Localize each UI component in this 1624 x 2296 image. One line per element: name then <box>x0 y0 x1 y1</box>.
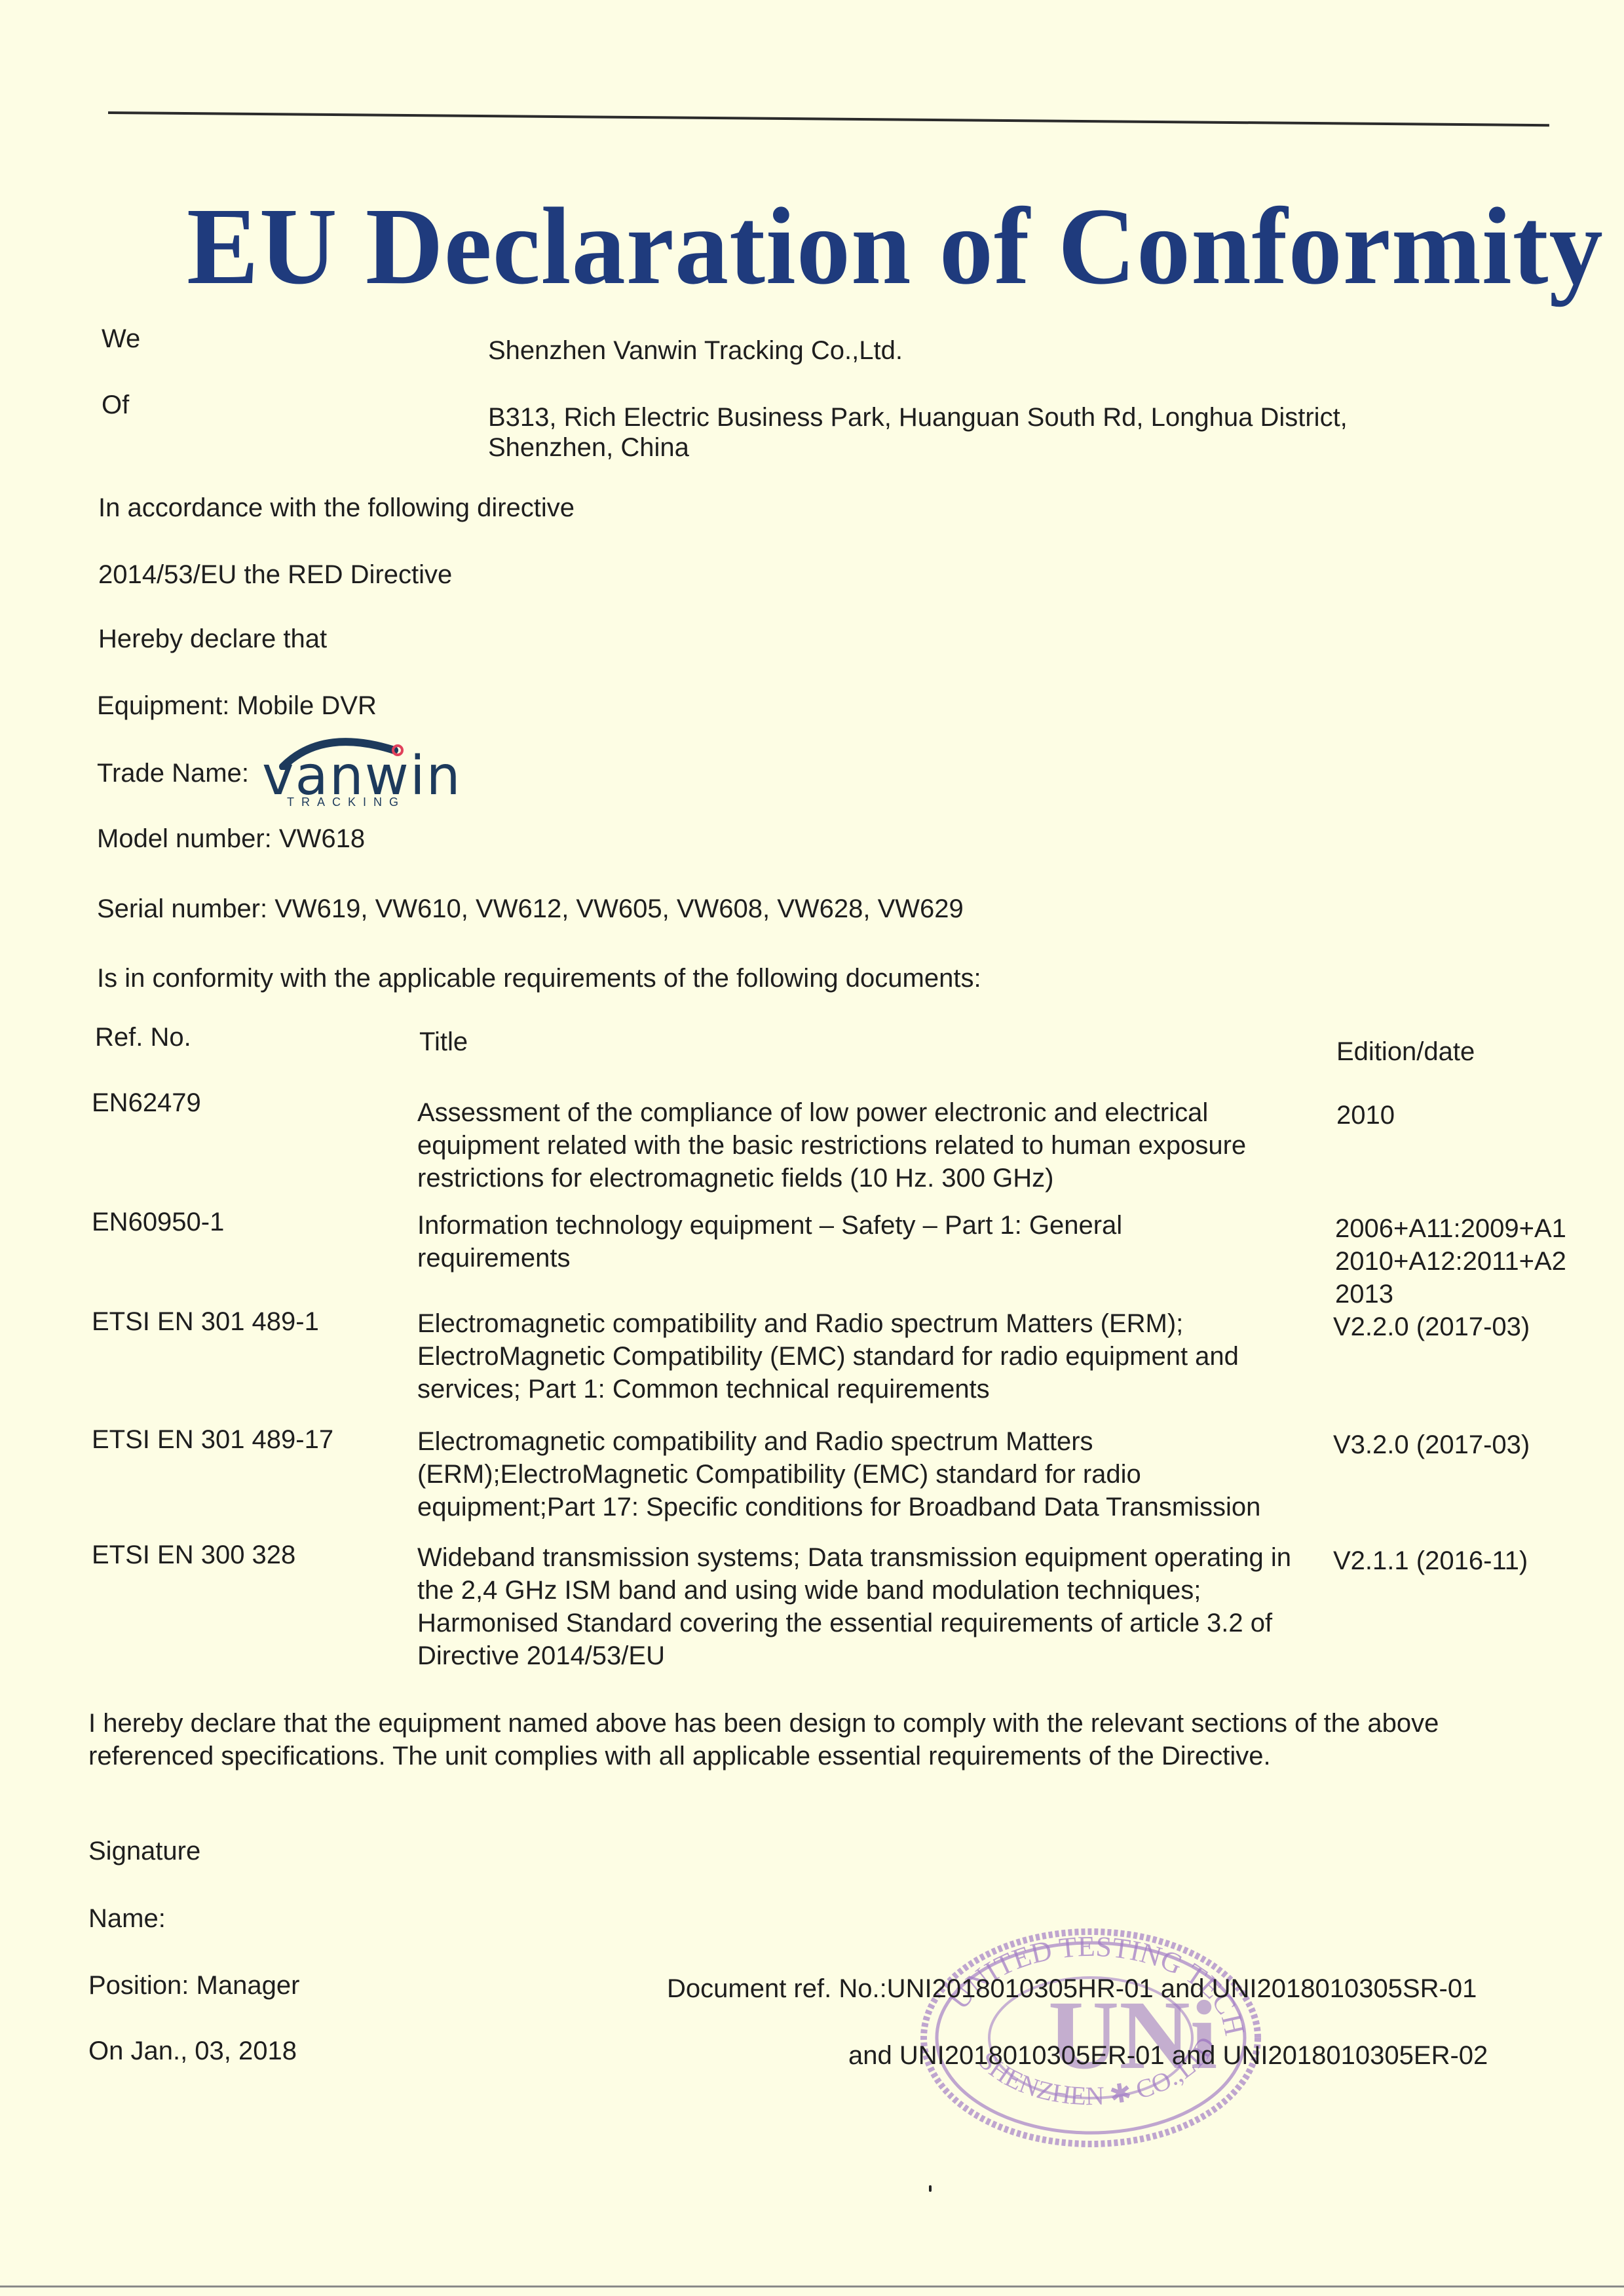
svg-text:SHENZHEN ✱ CO.,LTD.: SHENZHEN ✱ CO.,LTD. <box>917 1926 1221 2111</box>
company-name: Shenzhen Vanwin Tracking Co.,Ltd. <box>488 334 903 367</box>
position: Position: Manager <box>88 1969 299 2002</box>
row-edition: V2.2.0 (2017-03) <box>1333 1311 1530 1343</box>
row-ref: EN62479 <box>92 1086 201 1119</box>
declare-text: Hereby declare that <box>98 622 327 655</box>
row-title: Information technology equipment – Safet… <box>417 1209 1236 1274</box>
bottom-rule <box>0 2286 1624 2287</box>
logo-subtitle: TRACKING <box>287 795 406 809</box>
row-edition: V3.2.0 (2017-03) <box>1333 1428 1530 1461</box>
row-ref: ETSI EN 301 489-1 <box>92 1305 319 1338</box>
date: On Jan., 03, 2018 <box>88 2035 297 2067</box>
declaration-statement: I hereby declare that the equipment name… <box>88 1707 1549 1772</box>
directive-intro: In accordance with the following directi… <box>98 491 575 524</box>
row-edition: 2010 <box>1336 1099 1395 1132</box>
directive: 2014/53/EU the RED Directive <box>98 558 452 591</box>
row-edition: V2.1.1 (2016-11) <box>1333 1544 1528 1577</box>
header-ref: Ref. No. <box>95 1021 191 1054</box>
scan-speck <box>929 2185 932 2192</box>
document-ref-line-2: and UNI2018010305ER-01 and UNI2018010305… <box>848 2039 1488 2072</box>
row-edition: 2006+A11:2009+A1 2010+A12:2011+A2 2013 <box>1335 1212 1610 1311</box>
row-title: Assessment of the compliance of low powe… <box>417 1096 1308 1195</box>
serial-number: Serial number: VW619, VW610, VW612, VW60… <box>97 892 964 925</box>
we-label: We <box>102 322 140 355</box>
trade-name-label: Trade Name: <box>97 757 249 790</box>
company-stamp: UNITED TESTING TECHNOLOGY SHENZHEN ✱ CO.… <box>917 1926 1264 2149</box>
row-title: Wideband transmission systems; Data tran… <box>417 1541 1295 1672</box>
stamp-seal-icon: UNITED TESTING TECHNOLOGY SHENZHEN ✱ CO.… <box>917 1926 1264 2149</box>
header-edition: Edition/date <box>1336 1035 1475 1068</box>
equipment: Equipment: Mobile DVR <box>97 689 377 722</box>
top-rule <box>108 111 1549 126</box>
row-title: Electromagnetic compatibility and Radio … <box>417 1307 1295 1406</box>
signature-label: Signature <box>88 1835 200 1867</box>
of-label: Of <box>102 389 129 421</box>
address-line-2: Shenzhen, China <box>488 431 689 464</box>
row-ref: ETSI EN 300 328 <box>92 1539 295 1571</box>
vanwin-logo: vanwin TRACKING <box>262 731 439 809</box>
header-title: Title <box>419 1025 468 1058</box>
row-title: Electromagnetic compatibility and Radio … <box>417 1425 1315 1523</box>
row-ref: ETSI EN 301 489-17 <box>92 1423 333 1456</box>
page-title: EU Declaration of Conformity <box>187 183 1604 310</box>
document-ref-line-1: Document ref. No.:UNI2018010305HR-01 and… <box>667 1972 1477 2005</box>
model-number: Model number: VW618 <box>97 822 365 855</box>
address-line-1: B313, Rich Electric Business Park, Huang… <box>488 401 1348 434</box>
row-ref: EN60950-1 <box>92 1206 224 1238</box>
name-label: Name: <box>88 1902 166 1935</box>
conformity-intro: Is in conformity with the applicable req… <box>97 962 981 995</box>
